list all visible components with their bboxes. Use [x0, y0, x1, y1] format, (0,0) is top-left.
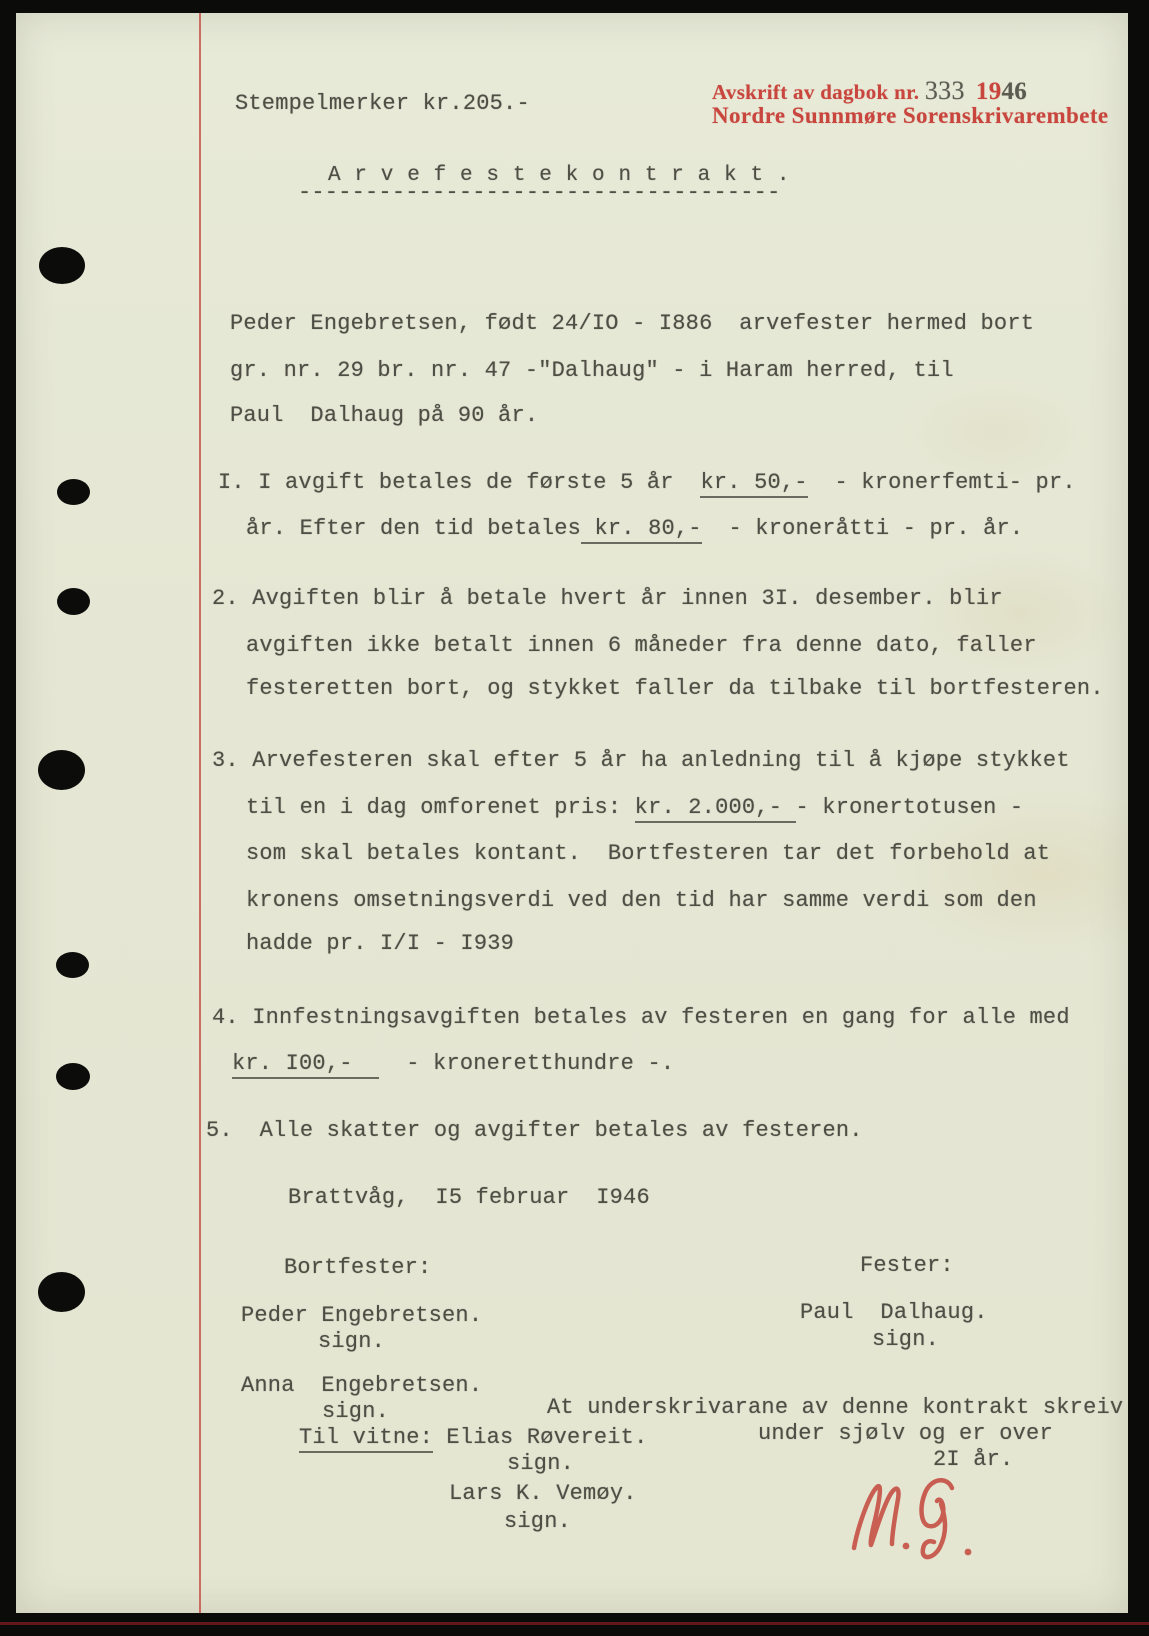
punch-hole — [38, 750, 85, 790]
item-1-amount-underlined: kr. 80,- — [581, 516, 702, 544]
item-3-text: til en i dag omforenet pris: — [246, 795, 635, 820]
bortfester-sign: sign. — [318, 1330, 385, 1354]
archive-stamp-line1: Avskrift av dagbok nr. 333 1946 — [712, 76, 1027, 106]
intro-line-1: Peder Engebretsen, født 24/IO - I886 arv… — [230, 312, 1034, 336]
bortfester-label: Bortfester: — [284, 1256, 431, 1280]
stamp-duty-note: Stempelmerker kr.205.- — [235, 92, 530, 116]
stamp-gap — [965, 80, 976, 104]
title-underline-dashes: ------------------------------------ — [298, 181, 780, 205]
item-4-text: - kroneretthundre -. — [379, 1051, 674, 1076]
witness-1-name: Elias Røvereit. — [433, 1425, 647, 1450]
item-4-line-2: kr. I00,- - kroneretthundre -. — [232, 1052, 674, 1076]
item-3-amount-underlined: kr. 2.000,- — [635, 795, 796, 823]
item-5-line-1: 5. Alle skatter og avgifter betales av f… — [206, 1119, 863, 1143]
bortfester-name: Peder Engebretsen. — [241, 1304, 482, 1328]
fester-name: Paul Dalhaug. — [800, 1301, 988, 1325]
witness-2-name: Lars K. Vemøy. — [449, 1482, 637, 1506]
punch-hole — [56, 952, 89, 978]
item-1-text: I. I avgift betales de første 5 år — [218, 470, 700, 495]
handwritten-initials-signature — [848, 1468, 988, 1568]
item-1-amount-underlined: kr. 50,- — [700, 470, 807, 498]
item-1-line-2: år. Efter den tid betales kr. 80,- - kro… — [246, 517, 1023, 541]
punch-hole — [57, 588, 90, 615]
stamp-daybook-number: 333 — [925, 76, 965, 105]
margin-ruled-line — [199, 13, 201, 1613]
fester-sign: sign. — [872, 1328, 939, 1352]
punch-hole — [38, 1272, 85, 1312]
witness-1-sign: sign. — [507, 1452, 574, 1476]
item-3-line-1: 3. Arvefesteren skal efter 5 år ha anled… — [212, 749, 1070, 773]
witness-attest-line-1: At underskrivarane av denne kontrakt skr… — [547, 1396, 1123, 1420]
punch-hole — [39, 247, 85, 284]
item-3-line-3: som skal betales kontant. Bortfesteren t… — [246, 842, 1050, 866]
witness-attest-line-2: under sjølv og er over — [758, 1422, 1053, 1446]
witness-1-line: Til vitne: Elias Røvereit. — [299, 1426, 647, 1450]
item-3-line-2: til en i dag omforenet pris: kr. 2.000,-… — [246, 796, 1023, 820]
punch-hole — [56, 1063, 90, 1090]
item-1-text: - kronerfemti- pr. — [808, 470, 1076, 495]
punch-hole — [57, 479, 90, 505]
til-vitne-label-underlined: Til vitne: — [299, 1425, 433, 1453]
item-3-line-5: hadde pr. I/I - I939 — [246, 932, 514, 956]
item-4-line-1: 4. Innfestningsavgiften betales av feste… — [212, 1006, 1070, 1030]
item-2-line-2: avgiften ikke betalt innen 6 måneder fra… — [246, 634, 1037, 658]
item-3-text: - kronertotusen - — [796, 795, 1024, 820]
bottom-edge-line — [0, 1622, 1149, 1625]
item-2-line-3: festeretten bort, og stykket faller da t… — [246, 677, 1104, 701]
witness-2-sign: sign. — [504, 1510, 571, 1534]
stamp-year-filled: 46 — [1002, 78, 1028, 105]
item-1-line-1: I. I avgift betales de første 5 år kr. 5… — [218, 471, 1076, 495]
second-bortfester-sign: sign. — [322, 1400, 389, 1424]
item-4-amount-underlined: kr. I00,- — [232, 1051, 379, 1079]
place-date-line: Brattvåg, I5 februar I946 — [288, 1186, 650, 1210]
stamp-text: Avskrift av dagbok nr. — [712, 80, 925, 104]
archive-stamp-line2: Nordre Sunnmøre Sorenskrivarembete — [712, 103, 1109, 129]
second-bortfester-name: Anna Engebretsen. — [241, 1374, 482, 1398]
stamp-year-printed: 19 — [976, 78, 1002, 105]
item-1-text: - kroneråtti - pr. år. — [702, 516, 1024, 541]
fester-label: Fester: — [860, 1254, 954, 1278]
item-3-line-4: kronens omsetningsverdi ved den tid har … — [246, 889, 1037, 913]
intro-line-2: gr. nr. 29 br. nr. 47 -"Dalhaug" - i Har… — [230, 359, 954, 383]
item-1-text: år. Efter den tid betales — [246, 516, 581, 541]
intro-line-3: Paul Dalhaug på 90 år. — [230, 404, 538, 428]
item-2-line-1: 2. Avgiften blir å betale hvert år innen… — [212, 587, 1003, 611]
